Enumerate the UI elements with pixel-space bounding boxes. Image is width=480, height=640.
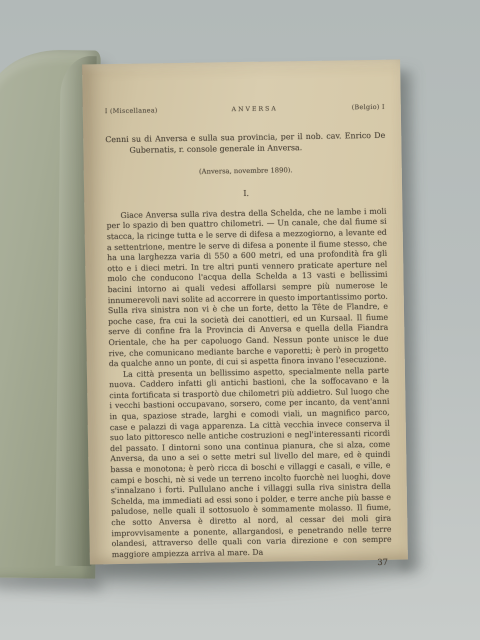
running-header: I (Miscellanea) ANVERSA (Belgio) I bbox=[105, 102, 385, 118]
article-title: Cenni su di Anversa e sulla sua provinci… bbox=[105, 129, 385, 155]
body-paragraph-1: Giace Anversa sulla riva destra della Sc… bbox=[106, 207, 388, 370]
body-paragraph-2: La città presenta un bellissimo aspetto,… bbox=[109, 365, 392, 560]
dateline: (Anversa, novembre 1890). bbox=[106, 163, 386, 178]
running-header-title: ANVERSA bbox=[232, 104, 278, 115]
photo-of-booklet: I (Miscellanea) ANVERSA (Belgio) I Cenni… bbox=[0, 0, 480, 640]
section-number: I. bbox=[106, 187, 386, 202]
running-header-left: I (Miscellanea) bbox=[105, 105, 158, 116]
running-header-right: (Belgio) I bbox=[352, 102, 385, 113]
booklet-page: I (Miscellanea) ANVERSA (Belgio) I Cenni… bbox=[82, 60, 408, 565]
page-content: I (Miscellanea) ANVERSA (Belgio) I Cenni… bbox=[82, 60, 408, 565]
